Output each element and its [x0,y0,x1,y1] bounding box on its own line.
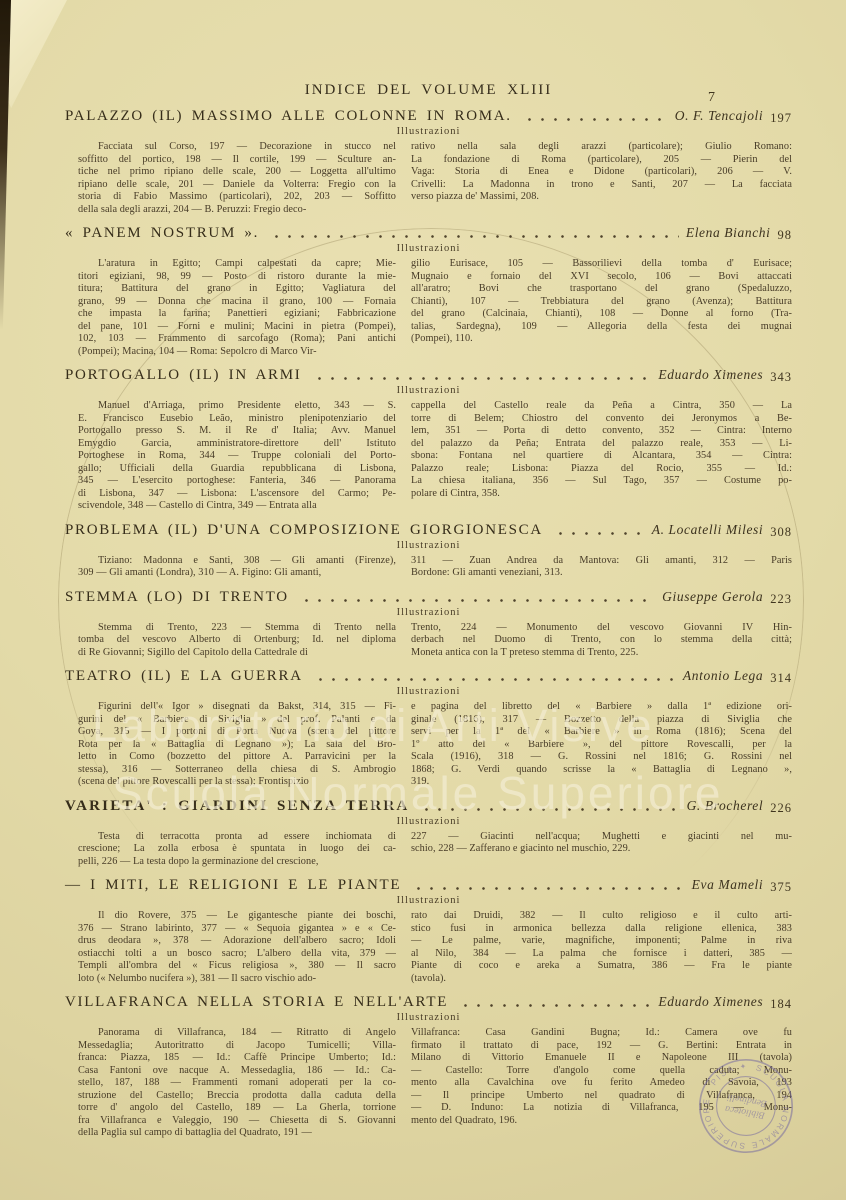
text-line: Portogallo presso S. M. il Re d' Italia;… [78,425,396,438]
text-line: Scala (1916), 318 — G. Rossini nel 1816;… [411,751,792,764]
entry-column-right: rativo nella sala degli arazzi (particol… [411,141,792,216]
index-entry: TEATRO (IL) E LA GUERRA Antonio Lega 314… [65,667,792,789]
text-line: Testa di terracotta pronta ad essere inc… [78,831,396,844]
text-line: Trento, 224 — Monumento del vescovo Giov… [411,622,792,635]
index-entry: PALAZZO (IL) MASSIMO ALLE COLONNE IN ROM… [65,107,792,216]
entry-title: TEATRO (IL) E LA GUERRA [65,667,303,685]
text-line: Templi all'ombra del « Ficus religiosa »… [78,960,396,973]
entry-column-left: Testa di terracotta pronta ad essere inc… [78,831,396,869]
entry-column-right: 311 — Zuan Andrea da Mantova: Gli amanti… [411,555,792,580]
text-line: (tavola). [411,973,792,986]
entry-author: Elena Bianchi [686,224,771,242]
text-line: stello, 187, 188 — Frammenti romani adop… [78,1077,396,1090]
text-line: torre d' angolo del Castello, 189 — La G… [78,1102,396,1115]
entry-title: VARIETA' : GIARDINI SENZA TERRA [65,797,409,815]
dot-leader [412,876,684,894]
text-line: rativo nella sala degli arazzi (particol… [411,141,792,154]
entry-title: PROBLEMA (IL) D'UNA COMPOSIZIONE GIORGIO… [65,521,543,539]
dot-leader [314,667,676,685]
dot-leader [270,224,679,242]
text-line: Casa Fantoni ove nacque A. Messedaglia, … [78,1065,396,1078]
entry-heading: STEMMA (LO) DI TRENTO Giuseppe Gerola 22… [65,588,792,606]
text-line: ripiano delle scale, 201 — Daniele da Vo… [78,179,396,192]
text-line: al Nilo, 384 — La palma che fornisce i d… [411,948,792,961]
scanned-page: INDICE DEL VOLUME XLIII 7 PALAZZO (IL) M… [0,0,846,1200]
text-line: letto in Como (bozzetto del pittore A. P… [78,751,396,764]
text-line: 319. [411,776,792,789]
dot-leader [420,797,679,815]
illustrations-label: Illustrazioni [65,686,792,698]
text-line: talias, Sardegna), 109 — Allegoria della… [411,321,792,334]
entry-column-left: L'aratura in Egitto; Campi calpestati da… [78,258,396,358]
text-line: lem, 351 — Porta di detto convento, 352 … [411,425,792,438]
star-icon: ✦ [739,1061,749,1072]
text-line: gurini del « Barbiere di Siviglia » del … [78,714,396,727]
text-line: torre di Belem; Chiostro del convento de… [411,413,792,426]
text-line: Rota per la « Battaglia di Legnano »); L… [78,739,396,752]
entry-author: G. Brocherel [687,797,764,815]
entry-author: O. F. Tencajoli [675,107,764,125]
text-line: tomba del vescovo Alberto di Ortenburg; … [78,634,396,647]
entry-author: Eduardo Ximenes [658,366,763,384]
text-line: sbona: Fontana nel quartiere di Alcantar… [411,450,792,463]
index-entry: « PANEM NOSTRUM ». Elena Bianchi 98 Illu… [65,224,792,358]
entry-columns: L'aratura in Egitto; Campi calpestati da… [65,258,792,358]
text-line: ginale (1816), 317 — Bozzetto della piaz… [411,714,792,727]
page-content: INDICE DEL VOLUME XLIII 7 PALAZZO (IL) M… [65,0,792,1140]
entry-title: « PANEM NOSTRUM ». [65,224,259,242]
illustrations-label: Illustrazioni [65,126,792,138]
text-line: (Pompei); Macina, 104 — Roma: Sepolcro d… [78,346,396,359]
entry-title: — I MITI, LE RELIGIONI E LE PIANTE [65,876,401,894]
text-line: storia di Fabio Massimo (particolari), 2… [78,191,396,204]
illustrations-label: Illustrazioni [65,607,792,619]
page-number: 7 [708,90,715,106]
text-line: E. Francisco Eusebio Leão, ministro plen… [78,413,396,426]
library-stamp: SCUOLA NORMALE SUPERIORE - PISA ✦ Biblio… [669,1029,823,1183]
text-line: Facciata sul Corso, 197 — Decorazione in… [78,141,396,154]
text-line: scivendole, 348 — Castello di Cintra, 34… [78,500,396,513]
entry-heading: TEATRO (IL) E LA GUERRA Antonio Lega 314 [65,667,792,685]
dot-leader [313,366,652,384]
text-line: soffitto del portico, 198 — Il cortile, … [78,154,396,167]
text-line: 345 — L'esercito portoghese: Fanteria, 3… [78,475,396,488]
entry-column-right: cappella del Castello reale da Peña a Ci… [411,400,792,513]
text-line: gallo; Ufficiali della Guardia repubblic… [78,463,396,476]
text-line: Vaga: Storia di Enea e Didone (particola… [411,166,792,179]
entry-page-ref: 314 [770,669,792,687]
dot-leader [459,993,651,1011]
entry-columns: Facciata sul Corso, 197 — Decorazione in… [65,141,792,216]
entry-page-ref: 184 [770,995,792,1013]
entry-column-right: rato dai Druidi, 382 — Il culto religios… [411,910,792,985]
entry-column-right: Trento, 224 — Monumento del vescovo Giov… [411,622,792,660]
text-line: della sala degli arazzi, 204 — B. Peruzz… [78,204,396,217]
text-line: 102, 103 — Frammento di sarcofago (Roma)… [78,333,396,346]
entry-column-right: 227 — Giacinti nell'acqua; Mughetti e gi… [411,831,792,869]
page-header: INDICE DEL VOLUME XLIII 7 [65,0,792,99]
entry-author: Giuseppe Gerola [662,588,763,606]
book-spine-shadow [0,0,11,330]
text-line: Figurini dell'« Igor » disegnati da Baks… [78,701,396,714]
entry-page-ref: 98 [778,226,793,244]
text-line: Panorama di Villafranca, 184 — Ritratto … [78,1027,396,1040]
text-line: cappella del Castello reale da Peña a Ci… [411,400,792,413]
text-line: 376 — Strano labirinto, 377 — « Sequoia … [78,923,396,936]
text-line: titura; Battitura del grano in Egitto; V… [78,283,396,296]
text-line: Tiziano: Madonna e Santi, 308 — Gli aman… [78,555,396,568]
text-line: stessa), 316 — Sotterraneo della chiesa … [78,764,396,777]
page-corner-highlight [5,0,67,108]
text-line: tiche nel primo ripiano delle scale, 200… [78,166,396,179]
text-line: fra Villafranca e Valeggio, 190 — Chiese… [78,1115,396,1128]
text-line: Crivelli: La Madonna in trono e Santi, 2… [411,179,792,192]
illustrations-label: Illustrazioni [65,385,792,397]
text-line: 1º atto del « Barbiere », del pittore Ro… [411,739,792,752]
stamp-inner-group: Biblioteca Bendinelli [724,1091,768,1121]
entry-title: PORTOGALLO (IL) IN ARMI [65,366,302,384]
entry-column-left: Manuel d'Arriaga, primo Presidente elett… [78,400,396,513]
page-title: INDICE DEL VOLUME XLIII [65,82,792,99]
text-line: che impasta la farina; Panettieri egizia… [78,308,396,321]
text-line: del pane, 101 — Forni e mulini; Macini i… [78,321,396,334]
entry-page-ref: 308 [770,523,792,541]
text-line: (Pompei), 110. [411,333,792,346]
text-line: Emygdio Garcia, amministratore-direttore… [78,438,396,451]
text-line: 227 — Giacinti nell'acqua; Mughetti e gi… [411,831,792,844]
text-line: di Re Giovanni; Sigillo del Capitolo del… [78,647,396,660]
index-entry: PORTOGALLO (IL) IN ARMI Eduardo Ximenes … [65,366,792,513]
text-line: 311 — Zuan Andrea da Mantova: Gli amanti… [411,555,792,568]
text-line: crescione; La zolla erbosa è spuntata in… [78,843,396,856]
dot-leader [554,521,645,539]
text-line: 309 — Gli amanti (Londra), 310 — A. Figi… [78,567,396,580]
index-entry: STEMMA (LO) DI TRENTO Giuseppe Gerola 22… [65,588,792,660]
entry-columns: Il dio Rovere, 375 — Le gigantesche pian… [65,910,792,985]
entry-page-ref: 197 [770,109,792,127]
text-line: verso piazza de' Massimi, 208. [411,191,792,204]
text-line: Messedaglia; Autoritratto di Jacopo Tumi… [78,1040,396,1053]
dot-leader [523,107,668,125]
text-line: Stemma di Trento, 223 — Stemma di Trento… [78,622,396,635]
text-line: (scena del pittore Rovescalli per la ste… [78,776,396,789]
text-line: loto (« Nelumbo nucifera »), 381 — Il sa… [78,973,396,986]
text-line: titori egiziani, 98, 99 — Posto di risto… [78,271,396,284]
text-line: all'aratro; Bovi che trasportano del gra… [411,283,792,296]
dot-leader [300,588,655,606]
entry-page-ref: 226 [770,799,792,817]
text-line: rato dai Druidi, 382 — Il culto religios… [411,910,792,923]
text-line: Mugnaio e fornaio del XVI secolo, 106 — … [411,271,792,284]
entry-columns: Stemma di Trento, 223 — Stemma di Trento… [65,622,792,660]
text-line: del grano (Calcinaia, Chianti), 108 — Do… [411,308,792,321]
text-line: stico fusi in armonica bellezza dalla re… [411,923,792,936]
entry-heading: VILLAFRANCA NELLA STORIA E NELL'ARTE Edu… [65,993,792,1011]
illustrations-label: Illustrazioni [65,895,792,907]
illustrations-label: Illustrazioni [65,540,792,552]
text-line: e pagina del libretto del « Barbiere » d… [411,701,792,714]
text-line: Manuel d'Arriaga, primo Presidente elett… [78,400,396,413]
illustrations-label: Illustrazioni [65,243,792,255]
text-line: drus deodara », 378 — Adorazione dell'al… [78,935,396,948]
text-line: pelli, 226 — La testa dopo la germinazio… [78,856,396,869]
text-line: — Le palme, varie, magnifiche, imponenti… [411,935,792,948]
text-line: struzione del Castello; Breccia prodotta… [78,1090,396,1103]
entry-heading: VARIETA' : GIARDINI SENZA TERRA G. Broch… [65,797,792,815]
text-line: Il dio Rovere, 375 — Le gigantesche pian… [78,910,396,923]
entry-author: Eva Mameli [692,876,764,894]
entry-column-left: Tiziano: Madonna e Santi, 308 — Gli aman… [78,555,396,580]
text-line: Palazzo reale; Lisbona: Piazza del Rocio… [411,463,792,476]
entry-title: VILLAFRANCA NELLA STORIA E NELL'ARTE [65,993,448,1011]
entry-columns: Manuel d'Arriaga, primo Presidente elett… [65,400,792,513]
text-line: gilio Eurisace, 105 — Bassorilievi della… [411,258,792,271]
text-line: 1868; G. Verdi quando scrisse la « Batta… [411,764,792,777]
text-line: Moneta antica con la T preteso stemma di… [411,647,792,660]
entry-heading: PORTOGALLO (IL) IN ARMI Eduardo Ximenes … [65,366,792,384]
text-line: della Paglia sul campo di battaglia del … [78,1127,396,1140]
entry-page-ref: 343 [770,368,792,386]
entry-page-ref: 375 [770,878,792,896]
entry-author: Eduardo Ximenes [658,993,763,1011]
text-line: franca: Piazza, 185 — Id.: Caffè Princip… [78,1052,396,1065]
entry-column-right: e pagina del libretto del « Barbiere » d… [411,701,792,789]
text-line: Piante di coco e areka a Sumatra, 386 — … [411,960,792,973]
entry-heading: — I MITI, LE RELIGIONI E LE PIANTE Eva M… [65,876,792,894]
index-entry: VARIETA' : GIARDINI SENZA TERRA G. Broch… [65,797,792,869]
entry-column-left: Stemma di Trento, 223 — Stemma di Trento… [78,622,396,660]
entry-column-left: Panorama di Villafranca, 184 — Ritratto … [78,1027,396,1140]
text-line: schio, 228 — Zafferano e giacinto nel mu… [411,843,792,856]
index-entry: PROBLEMA (IL) D'UNA COMPOSIZIONE GIORGIO… [65,521,792,580]
entry-author: Antonio Lega [683,667,763,685]
text-line: polare di Cintra, 358. [411,488,792,501]
entry-column-right: gilio Eurisace, 105 — Bassorilievi della… [411,258,792,358]
text-line: grano, 99 — Donna che macina il grano, 1… [78,296,396,309]
illustrations-label: Illustrazioni [65,1012,792,1024]
entry-column-left: Il dio Rovere, 375 — Le gigantesche pian… [78,910,396,985]
entry-column-left: Facciata sul Corso, 197 — Decorazione in… [78,141,396,216]
text-line: di Lisbona, 347 — Lisbona: L'ascensore d… [78,488,396,501]
entry-author: A. Locatelli Milesi [652,521,764,539]
index-entry: — I MITI, LE RELIGIONI E LE PIANTE Eva M… [65,876,792,985]
text-line: L'aratura in Egitto; Campi calpestati da… [78,258,396,271]
entry-column-left: Figurini dell'« Igor » disegnati da Baks… [78,701,396,789]
text-line: derbach nel Duomo di Trento, con lo stem… [411,634,792,647]
text-line: ostiacchi tolti a un bosco sacro; L'albe… [78,948,396,961]
text-line: Bordone: Gli amanti veneziani, 313. [411,567,792,580]
text-line: Chianti), 107 — Trebbiatura del grano (A… [411,296,792,309]
entry-title: PALAZZO (IL) MASSIMO ALLE COLONNE IN ROM… [65,107,512,125]
entry-heading: PALAZZO (IL) MASSIMO ALLE COLONNE IN ROM… [65,107,792,125]
entry-columns: Figurini dell'« Igor » disegnati da Baks… [65,701,792,789]
illustrations-label: Illustrazioni [65,816,792,828]
entry-columns: Testa di terracotta pronta ad essere inc… [65,831,792,869]
entry-heading: « PANEM NOSTRUM ». Elena Bianchi 98 [65,224,792,242]
text-line: servì per la 1ª del « Barbiere » in Roma… [411,726,792,739]
entry-heading: PROBLEMA (IL) D'UNA COMPOSIZIONE GIORGIO… [65,521,792,539]
text-line: Goya, 315 — I portoni di Porta Nuova (sc… [78,726,396,739]
text-line: La fondazione di Roma (particolare), 205… [411,154,792,167]
entry-page-ref: 223 [770,590,792,608]
text-line: La chiesa italiana, 356 — Sul Tago, 357 … [411,475,792,488]
entry-title: STEMMA (LO) DI TRENTO [65,588,289,606]
text-line: Portoghese in Roma, 344 — Truppe colonia… [78,450,396,463]
text-line: del palazzo da Peña; Entrata del palazzo… [411,438,792,451]
entry-columns: Tiziano: Madonna e Santi, 308 — Gli aman… [65,555,792,580]
